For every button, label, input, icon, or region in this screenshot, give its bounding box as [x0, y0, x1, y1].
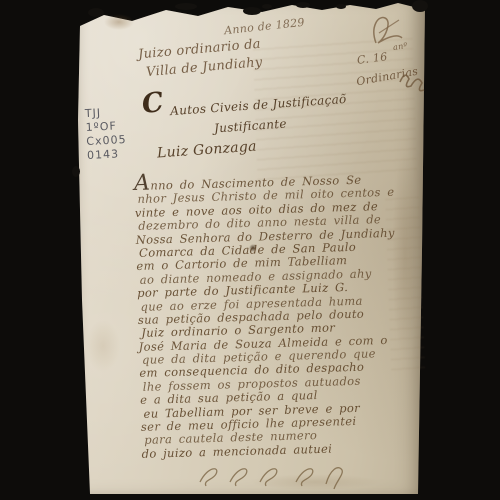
torn-edge-spot: [243, 7, 261, 15]
torn-edge-spot: [262, 4, 272, 9]
torn-edge-spot: [296, 2, 310, 8]
flourish-row: [196, 462, 346, 490]
margin-note-flourish: [398, 66, 428, 90]
torn-edge-spot: [72, 166, 80, 177]
archive-reference-line: 0143: [87, 147, 128, 163]
manuscript-scan-viewport: Anno de 1829 Juizo ordinario da Villa de…: [0, 0, 500, 500]
torn-edge-spot: [175, 3, 197, 10]
manuscript-body: Anno do Nascimento de Nosso Senhor Jesus…: [134, 172, 400, 460]
title-initial-flourish: C: [140, 87, 166, 121]
archive-reference-stamp: TJJ1ºOFCx0050143: [85, 105, 128, 163]
torn-edge-spot: [88, 8, 104, 17]
torn-edge-spot: [412, 0, 428, 12]
torn-edge-spot: [336, 4, 346, 9]
archive-reference-line: Cx005: [86, 133, 127, 149]
